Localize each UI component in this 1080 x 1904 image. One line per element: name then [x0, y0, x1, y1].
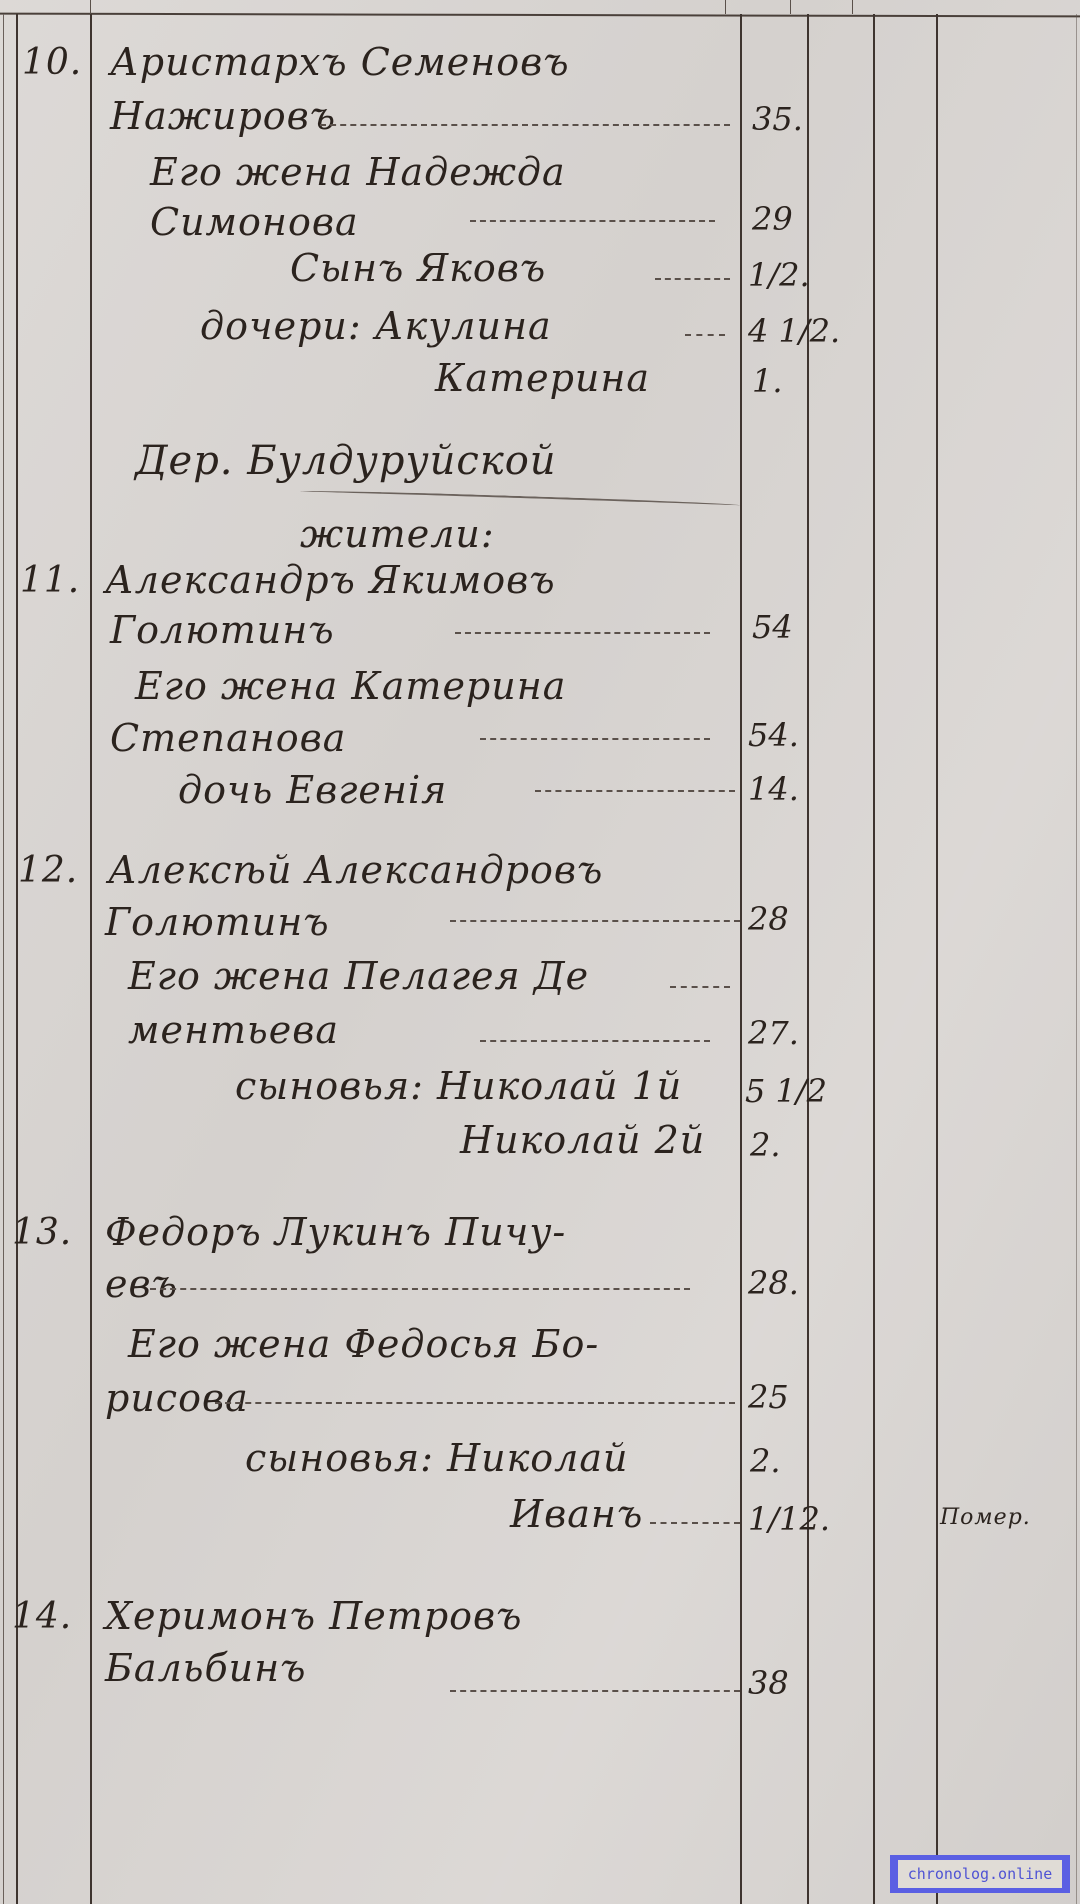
entry-line: ментьева	[128, 1008, 339, 1052]
entry-line: Федоръ Лукинъ Пичу-	[105, 1210, 566, 1254]
entry-line: Его жена Пелагея Де	[128, 954, 589, 998]
age-value: 25	[748, 1378, 789, 1416]
column-rule-age-left	[740, 14, 742, 1904]
dash-leader	[650, 1522, 740, 1524]
age-value: 28	[748, 900, 789, 938]
watermark-badge: chronolog.online	[890, 1855, 1070, 1893]
age-value: 2.	[750, 1126, 781, 1164]
dash-leader	[215, 1402, 735, 1404]
age-value: 5 1/2	[745, 1072, 827, 1110]
entry-line: дочь Евгенія	[178, 768, 447, 812]
page-edge-line	[3, 14, 4, 1904]
page-right-edge	[1076, 14, 1077, 1904]
top-tick	[90, 0, 91, 14]
dash-leader	[450, 1690, 740, 1692]
entry-line: евъ	[105, 1262, 178, 1306]
section-heading: Дер. Булдуруйской	[135, 438, 557, 484]
age-value: 14.	[748, 770, 799, 808]
dash-leader	[150, 1288, 690, 1290]
top-tick	[790, 0, 791, 14]
dash-leader	[655, 278, 730, 280]
entry-line: Его жена Катерина	[135, 664, 566, 708]
entry-line: Сынъ Яковъ	[290, 246, 546, 290]
top-tick	[725, 0, 726, 14]
dash-leader	[470, 220, 715, 222]
age-value: 2.	[750, 1442, 781, 1480]
age-value: 1/2.	[748, 256, 810, 294]
entry-line: Катерина	[435, 356, 650, 400]
entry-line: Алексѣй Александровъ	[108, 848, 603, 892]
dash-leader	[320, 124, 730, 126]
top-tick	[852, 0, 853, 14]
column-rule-age-right	[807, 14, 809, 1904]
age-value: 27.	[748, 1014, 799, 1052]
heading-underline	[300, 489, 740, 508]
age-value: 38	[748, 1664, 789, 1702]
entry-line: Его жена Федосья Бо-	[128, 1322, 599, 1366]
entry-number: 12.	[18, 850, 78, 891]
entry-line: сыновья: Николай	[245, 1436, 629, 1480]
entry-line: Симонова	[150, 200, 359, 244]
entry-line: рисова	[105, 1376, 249, 1420]
document-page: 10. Аристархъ Семеновъ Нажировъ 35. Его …	[0, 0, 1080, 1904]
age-value: 4 1/2.	[748, 312, 840, 350]
age-value: 54.	[748, 716, 799, 754]
dash-leader	[535, 790, 735, 792]
dash-leader	[455, 632, 710, 634]
entry-number: 14.	[12, 1596, 72, 1637]
age-value: 29	[752, 200, 793, 238]
dash-leader	[450, 920, 740, 922]
entry-line: Бальбинъ	[105, 1646, 307, 1690]
entry-line: дочери: Акулина	[200, 304, 552, 348]
column-rule-4	[936, 14, 938, 1904]
column-rule-name-left	[90, 14, 92, 1904]
watermark-text: chronolog.online	[898, 1860, 1062, 1888]
age-value: 35.	[752, 100, 803, 138]
column-rule-3	[873, 14, 875, 1904]
age-value: 28.	[748, 1264, 799, 1302]
entry-line: Иванъ	[510, 1492, 643, 1536]
entry-line: Нажировъ	[110, 94, 336, 138]
age-value: 1/12.	[748, 1500, 830, 1538]
age-value: 54	[752, 608, 793, 646]
entry-number: 10.	[22, 42, 82, 83]
entry-line: Херимонъ Петровъ	[105, 1594, 522, 1638]
entry-number: 13.	[12, 1212, 72, 1253]
entry-number: 11.	[20, 560, 80, 601]
entry-line: Голютинъ	[110, 608, 335, 652]
dash-leader	[670, 986, 730, 988]
dash-leader	[480, 1040, 710, 1042]
entry-line: сыновья: Николай 1й	[235, 1064, 682, 1108]
dash-leader	[685, 334, 725, 336]
entry-line: Николай 2й	[460, 1118, 705, 1162]
entry-line: Александръ Якимовъ	[105, 558, 556, 602]
age-value: 1.	[752, 362, 783, 400]
top-rule-line	[0, 13, 1080, 18]
section-subheading: жители:	[300, 512, 495, 556]
entry-line: Голютинъ	[105, 900, 330, 944]
dash-leader	[480, 738, 710, 740]
margin-note-deceased: Помер.	[940, 1505, 1031, 1530]
entry-line: Аристархъ Семеновъ	[110, 40, 570, 84]
entry-line: Его жена Надежда	[150, 150, 566, 194]
entry-line: Степанова	[110, 716, 346, 760]
